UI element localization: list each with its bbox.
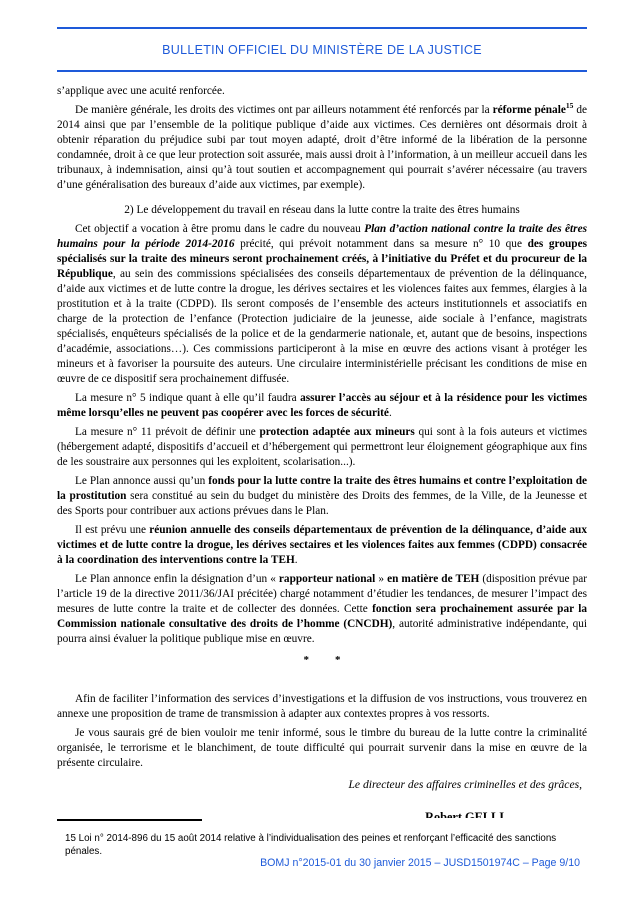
body-paragraph-mesure-5: La mesure n° 5 indique quant à elle qu’i… [57,391,587,421]
body-paragraph-victims-rights: De manière générale, les droits des vict… [57,103,587,193]
body-paragraph-annexe: Afin de faciliter l’information des serv… [57,692,587,722]
footnote-separator-rule [57,819,202,821]
body-paragraph-reunion-annuelle: Il est prévu une réunion annuelle des co… [57,523,587,568]
page-header-title: BULLETIN OFFICIEL DU MINISTÈRE DE LA JUS… [57,42,587,58]
text-segment: sera constitué au sein du budget du mini… [57,490,587,517]
body-paragraph-plan-action: Cet objectif a vocation à être promu dan… [57,222,587,387]
text-segment: Le Plan annonce aussi qu’un [75,475,208,487]
text-segment: protection adaptée aux mineurs [259,426,414,438]
text-segment: précité, qui prévoit notamment dans sa m… [235,238,528,250]
text-segment: , au sein des commissions spécialisées d… [57,268,587,385]
text-segment: Il est prévu une [75,524,149,536]
page-footer: BOMJ n°2015-01 du 30 janvier 2015 – JUSD… [260,856,580,870]
text-segment: * [291,654,323,666]
text-segment: La mesure n° 11 prévoit de définir une [75,426,259,438]
body-paragraph-fonds: Le Plan annonce aussi qu’un fonds pour l… [57,474,587,519]
text-segment: » [375,573,387,585]
signature-name: Robert GELLI [57,810,587,818]
text-segment: Afin de faciliter l’information des serv… [57,693,587,720]
text-segment: Le Plan annonce enfin la désignation d’u… [75,573,279,585]
body-paragraph-closing: Je vous saurais gré de bien vouloir me t… [57,726,587,771]
signature-role: Le directeur des affaires criminelles et… [57,777,587,792]
text-segment: Je vous saurais gré de bien vouloir me t… [57,727,587,769]
body-paragraph-rapporteur-national: Le Plan annonce enfin la désignation d’u… [57,572,587,647]
text-segment: * [322,654,354,666]
text-segment: en matière de TEH [387,573,479,585]
asterisk-separator: ** [57,653,587,668]
text-segment: rapporteur national [279,573,375,585]
body-paragraph-mesure-11: La mesure n° 11 prévoit de définir une p… [57,425,587,470]
text-segment: réforme pénale [493,104,566,116]
text-segment: s’applique avec une acuité renforcée. [57,85,225,97]
header-rule-bottom [57,70,587,72]
text-segment: De manière générale, les droits des vict… [75,104,493,116]
text-segment: . [295,554,298,566]
document-page: BULLETIN OFFICIEL DU MINISTÈRE DE LA JUS… [0,0,644,913]
header-rule-top [57,27,587,29]
footnote-text: 15 Loi n° 2014-896 du 15 août 2014 relat… [65,832,587,858]
text-segment: de 2014 ainsi que par l’ensemble de la p… [57,104,587,191]
text-segment: . [389,407,392,419]
text-segment: 2) Le développement du travail en réseau… [124,204,520,216]
document-body: s’applique avec une acuité renforcée. De… [57,84,587,818]
text-segment: La mesure n° 5 indique quant à elle qu’i… [75,392,300,404]
text-segment: Cet objectif a vocation à être promu dan… [75,223,364,235]
page-content: BULLETIN OFFICIEL DU MINISTÈRE DE LA JUS… [57,0,587,818]
section-heading: 2) Le développement du travail en réseau… [57,203,587,218]
continuation-paragraph: s’applique avec une acuité renforcée. [57,84,587,99]
